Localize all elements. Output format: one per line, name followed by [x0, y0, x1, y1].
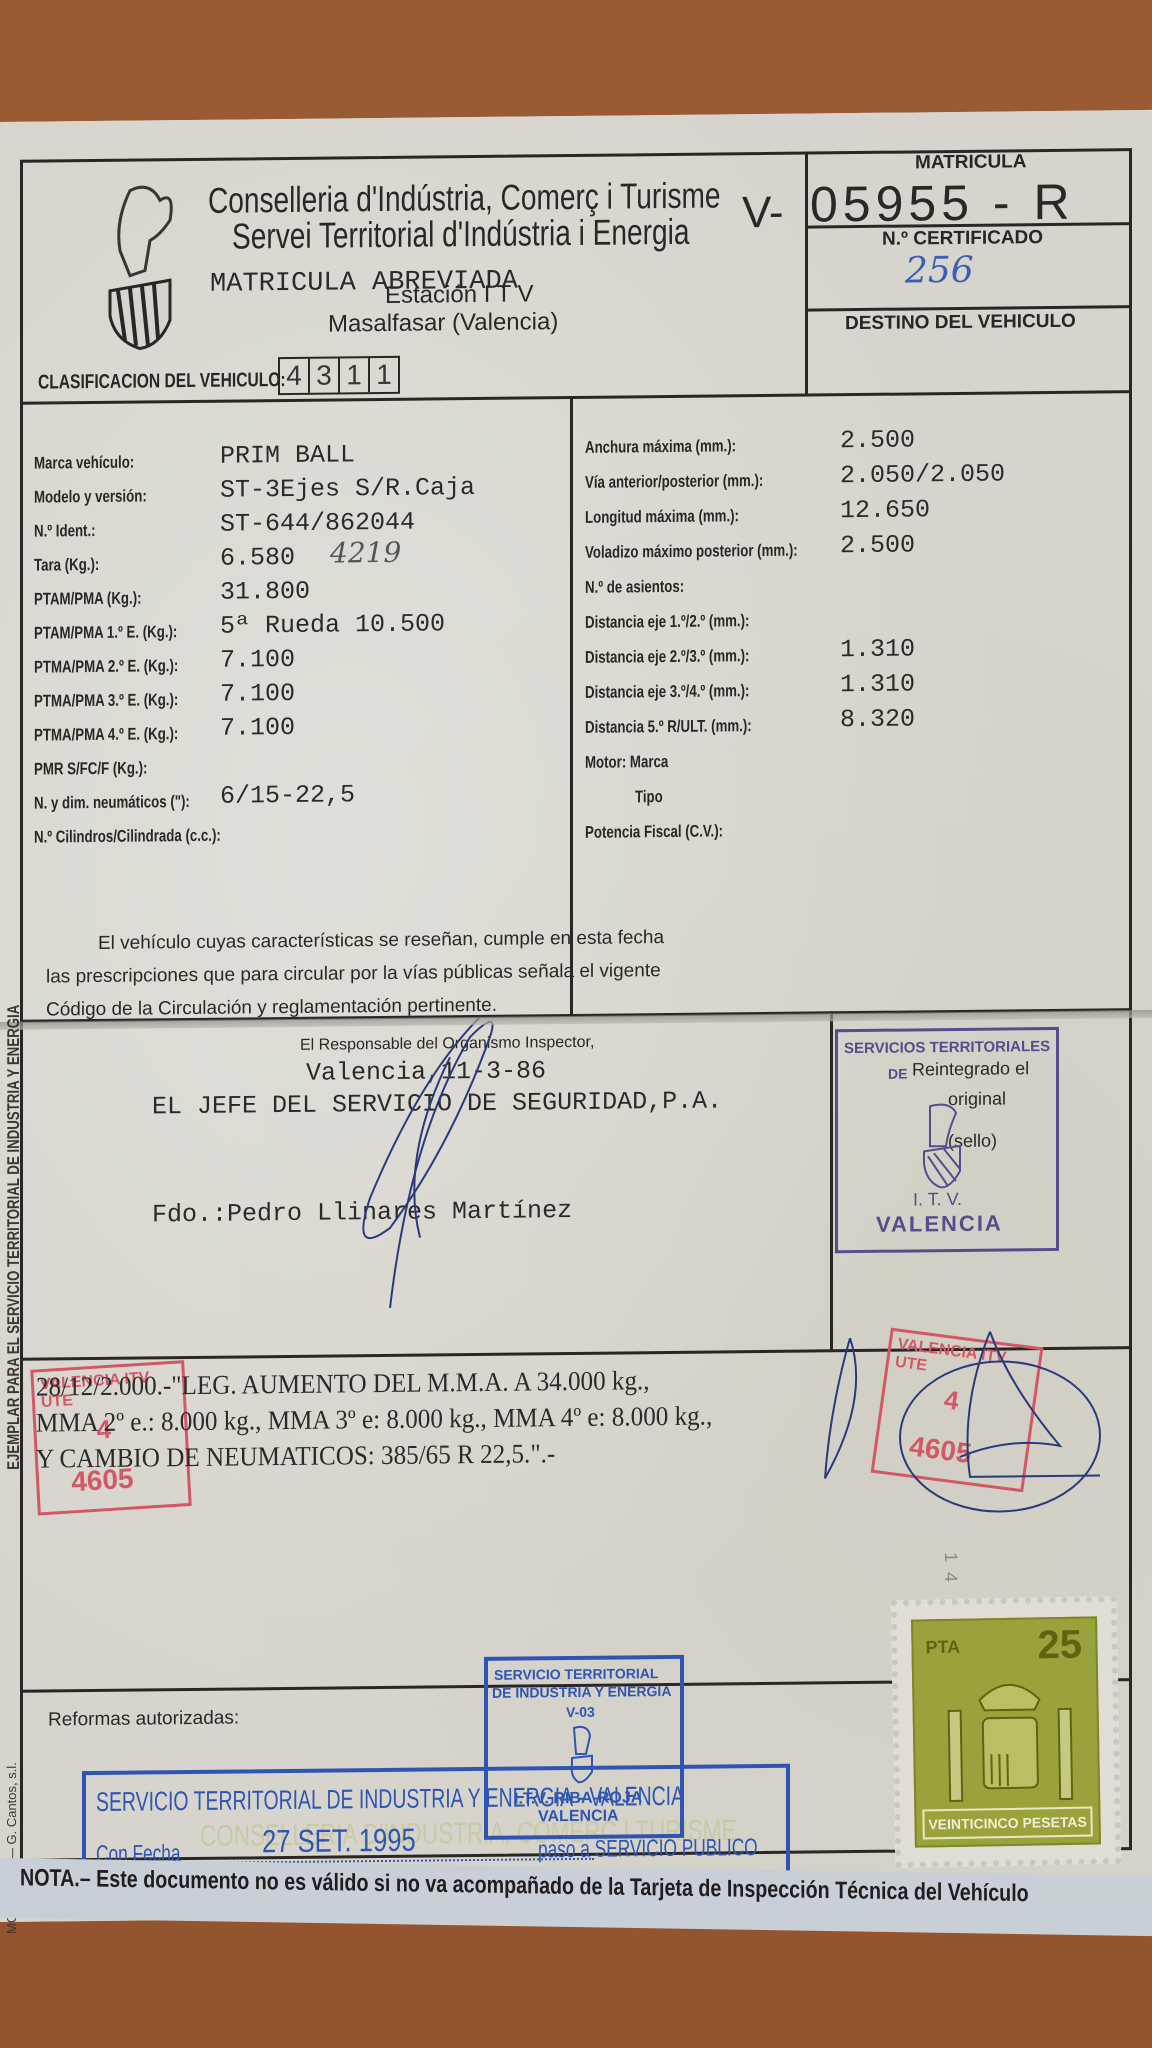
- field-label: Vía anterior/posterior (mm.):: [585, 471, 763, 493]
- field-label: PTAM/PMA 1.º E. (Kg.):: [34, 622, 177, 644]
- field-label: PTMA/PMA 3.º E. (Kg.):: [34, 690, 178, 712]
- nota-text: NOTA.– Este documento no es válido si no…: [20, 1864, 1029, 1908]
- station-label: Estación I T V: [385, 280, 534, 310]
- field-label: PTAM/PMA (Kg.):: [34, 589, 142, 610]
- field-label: Anchura máxima (mm.):: [585, 436, 736, 458]
- header-service: Servei Territorial d'Indústria i Energia: [232, 209, 818, 257]
- field-value: ST-3Ejes S/R.Caja: [220, 473, 475, 505]
- plate-prefix: V-: [742, 188, 784, 238]
- field-label: Distancia eje 1.º/2.º (mm.):: [585, 611, 749, 633]
- stamp-text: SERVICIO TERRITORIAL DE INDUSTRIA Y ENER…: [96, 1781, 684, 1818]
- annotation-line: 28/12/2.000.-"LEG. AUMENTO DEL M.M.A. A …: [36, 1365, 650, 1402]
- field-value: 12.650: [840, 495, 930, 525]
- station-place: Masalfasar (Valencia): [328, 308, 558, 338]
- field-label: PTMA/PMA 4.º E. (Kg.):: [34, 724, 178, 746]
- stamp-text: DE INDUSTRIA Y ENERGIA: [492, 1683, 671, 1701]
- classification-label-text: CLASIFICACION DEL VEHICULO:: [38, 369, 286, 395]
- classification-digit: 4: [280, 359, 310, 393]
- side-text: EJEMPLAR PARA EL SERVICIO TERRITORIAL DE…: [4, 1005, 24, 1470]
- field-value: 31.800: [220, 577, 310, 607]
- field-value: 2.500: [840, 530, 915, 560]
- field-label: N.º de asientos:: [585, 577, 684, 598]
- tax-stamp-amount: 25: [1037, 1623, 1082, 1669]
- signature-scribble: [330, 996, 530, 1318]
- field-label: PMR S/FC/F (Kg.):: [34, 758, 147, 779]
- field-label: Distancia eje 2.º/3.º (mm.):: [585, 646, 749, 668]
- field-value: 1.310: [840, 634, 915, 664]
- field-value: 8.320: [840, 704, 915, 734]
- spanish-coat-of-arms-icon: [934, 1669, 1086, 1812]
- header-line-2: Servei Territorial d'Indústria i Energia: [232, 211, 689, 258]
- field-value: 6.580: [220, 543, 295, 573]
- field-value: 7.100: [220, 713, 295, 743]
- itv-valencia-seal: SERVICIOS TERRITORIALES DE Reintegrado e…: [835, 1027, 1059, 1253]
- field-label: Motor: Marca: [585, 752, 668, 773]
- classification-code: 4 3 1 1: [278, 356, 400, 395]
- seal-text: VALENCIA: [876, 1210, 1003, 1237]
- field-value: 2.050/2.050: [840, 459, 1005, 490]
- classification-digit: 1: [340, 358, 370, 392]
- classification-digit: 3: [310, 358, 340, 392]
- certificado-label: N.º CERTIFICADO: [882, 227, 1043, 251]
- seal-text: DE: [888, 1065, 907, 1081]
- classification-digit: 1: [370, 358, 398, 392]
- seal-printed-text: Reintegrado el: [912, 1058, 1029, 1080]
- field-value: 7.100: [220, 679, 295, 709]
- annotation-line: Y CAMBIO DE NEUMATICOS: 385/65 R 22,5.".…: [36, 1438, 555, 1474]
- field-label: Voladizo máximo posterior (mm.):: [585, 541, 798, 563]
- tax-stamp-currency: PTA: [925, 1637, 960, 1659]
- stamp-text: V-03: [566, 1704, 595, 1720]
- field-value: PRIM BALL: [220, 440, 355, 470]
- stamp-date: 27 SET. 1995: [262, 1822, 416, 1861]
- tax-stamp: PTA 25 VEINTICINCO PESETAS: [891, 1596, 1122, 1868]
- field-label: Distancia 5.º R/ULT. (mm.):: [585, 716, 752, 738]
- field-value: 1.310: [840, 669, 915, 699]
- seal-text: I. T. V.: [913, 1189, 962, 1211]
- field-label: Distancia eje 3.º/4.º (mm.):: [585, 681, 749, 703]
- reformas-label: Reformas autorizadas:: [48, 1707, 239, 1731]
- certificado-handwritten: 256: [905, 250, 974, 292]
- seal-text: SERVICIOS TERRITORIALES: [844, 1038, 1050, 1057]
- matricula-label: MATRICULA: [915, 151, 1027, 174]
- field-label: N. y dim. neumáticos ("):: [34, 792, 190, 814]
- matricula-value: 05955 - R: [810, 173, 1075, 234]
- table-surface: [0, 1920, 1152, 2048]
- side-text-main: EJEMPLAR PARA EL SERVICIO TERRITORIAL DE…: [4, 873, 24, 1470]
- valencia-crest-icon: [90, 180, 190, 351]
- field-label: Tara (Kg.):: [34, 555, 99, 576]
- seal-crest-icon: [920, 1101, 964, 1191]
- field-label: Potencia Fiscal (C.V.):: [585, 821, 723, 842]
- field-label: Marca vehículo:: [34, 453, 134, 474]
- field-label: N.º Ident.:: [34, 521, 96, 542]
- field-value: 5ª Rueda 10.500: [220, 609, 445, 640]
- signature-scribble: [810, 1325, 1110, 1548]
- field-label: Tipo: [635, 787, 663, 807]
- field-label: Longitud máxima (mm.):: [585, 506, 739, 528]
- destino-label: DESTINO DEL VEHICULO: [845, 311, 1076, 335]
- stamp-text: SERVICIO TERRITORIAL: [494, 1665, 658, 1683]
- field-value: 7.100: [220, 645, 295, 675]
- handwritten-tara: 4219: [330, 536, 401, 570]
- field-value: 6/15-22,5: [220, 780, 355, 810]
- field-label: Modelo y versión:: [34, 486, 147, 507]
- field-value: ST-644/862044: [220, 508, 415, 539]
- field-label: PTMA/PMA 2.º E. (Kg.):: [34, 656, 178, 678]
- field-label: N.º Cilindros/Cilindrada (c.c.):: [34, 826, 221, 848]
- divider: [570, 396, 573, 1016]
- stamp-text: paso a SERVICIO PUBLICO: [538, 1834, 758, 1864]
- divider: [830, 1011, 833, 1351]
- tax-stamp-caption: VEINTICINCO PESETAS: [922, 1807, 1092, 1840]
- field-value: 2.500: [840, 425, 915, 455]
